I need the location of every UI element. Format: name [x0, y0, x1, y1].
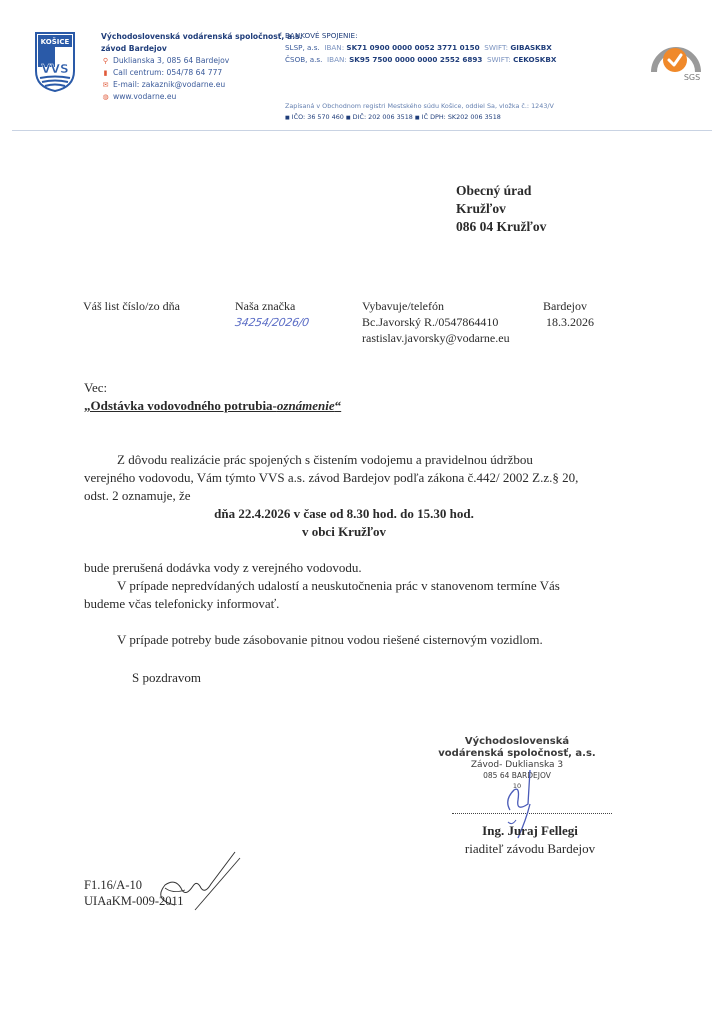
outage-datetime: dňa 22.4.2026 v čase od 8.30 hod. do 15.…: [84, 505, 604, 523]
subject-block: Vec: „Odstávka vodovodného potrubia-ozná…: [84, 379, 341, 415]
svg-text:KOŠICE: KOŠICE: [41, 37, 70, 46]
our-ref-label: Naša značka: [235, 298, 309, 314]
signatory-name: Ing. Juraj Fellegi: [450, 822, 610, 840]
contact-address: ⚲ Duklianska 3, 085 64 Bardejov: [101, 55, 302, 67]
our-ref: Naša značka 34254/2026/0: [235, 298, 309, 331]
company-ids: ■ IČO: 36 570 460 ■ DIČ: 202 006 3518 ■ …: [285, 112, 554, 124]
handled-by-label: Vybavuje/telefón: [362, 298, 510, 314]
company-name: Východoslovenská vodárenská spoločnosť, …: [101, 31, 302, 43]
vvs-kosice-logo: KOŠICE VVS: [34, 31, 76, 93]
header-divider: [12, 130, 712, 131]
registration-info: Zapísaná v Obchodnom registri Mestského …: [285, 101, 554, 124]
registration-text: Zapísaná v Obchodnom registri Mestského …: [285, 101, 554, 112]
closing-greeting: S pozdravom: [84, 669, 652, 687]
contact-phone: ▮ Call centrum: 054/78 64 777: [101, 67, 302, 79]
form-code: UIAaKM-009-2011: [84, 893, 184, 909]
date: 18.3.2026: [543, 314, 594, 330]
our-ref-handwritten: 34254/2026/0: [234, 315, 310, 331]
company-stamp: Východoslovenská vodárenská spoločnosť, …: [432, 736, 602, 791]
recipient-line: Kružľov: [456, 200, 546, 218]
handled-by-value: Bc.Javorský R./0547864410: [362, 314, 510, 330]
phone-icon: ▮: [101, 67, 110, 79]
svg-text:SGS: SGS: [684, 73, 700, 82]
bank-account-csob: ČSOB, a.s. IBAN: SK95 7500 0000 0000 255…: [285, 54, 556, 66]
company-info: Východoslovenská vodárenská spoločnosť, …: [101, 31, 302, 103]
recipient-line: 086 04 Kružľov: [456, 218, 546, 236]
bank-account-slsp: SLSP, a.s. IBAN: SK71 0900 0000 0052 377…: [285, 42, 556, 54]
recipient-address: Obecný úrad Kružľov 086 04 Kružľov: [456, 182, 546, 236]
subject-label: Vec:: [84, 379, 341, 397]
paragraph-water-supply: V prípade potreby bude zásobovanie pitno…: [84, 631, 604, 649]
sgs-certification-logo: SGS: [648, 30, 704, 82]
place-date: Bardejov 18.3.2026: [543, 298, 594, 330]
contact-email[interactable]: ✉ E-mail: zakaznik@vodarne.eu: [101, 79, 302, 91]
handled-by-email[interactable]: rastislav.javorsky@vodarne.eu: [362, 330, 510, 346]
bank-info: BANKOVÉ SPOJENIE: SLSP, a.s. IBAN: SK71 …: [285, 30, 556, 66]
place: Bardejov: [543, 298, 594, 314]
envelope-icon: ✉: [101, 79, 110, 91]
your-letter-ref: Váš list číslo/zo dňa: [83, 298, 180, 314]
paragraph-intro: Z dôvodu realizácie prác spojených s čis…: [84, 451, 604, 505]
recipient-line: Obecný úrad: [456, 182, 546, 200]
contact-web[interactable]: ◍ www.vodarne.eu: [101, 91, 302, 103]
bank-title: BANKOVÉ SPOJENIE:: [285, 30, 556, 42]
outage-location: v obci Kružľov: [84, 523, 604, 541]
handled-by: Vybavuje/telefón Bc.Javorský R./05478644…: [362, 298, 510, 346]
location-pin-icon: ⚲: [101, 55, 110, 67]
form-code: F1.16/A-10: [84, 877, 184, 893]
your-letter-label: Váš list číslo/zo dňa: [83, 298, 180, 314]
subject-title: „Odstávka vodovodného potrubia-oznámenie…: [84, 397, 341, 415]
signature-line: [452, 811, 612, 814]
svg-text:VVS: VVS: [41, 62, 68, 76]
form-codes: F1.16/A-10 UIAaKM-009-2011: [84, 877, 184, 909]
globe-icon: ◍: [101, 91, 110, 103]
signatory: Ing. Juraj Fellegi riaditeľ závodu Barde…: [450, 822, 610, 858]
signatory-title: riaditeľ závodu Bardejov: [450, 840, 610, 858]
paragraph-outage: bude prerušená dodávka vody z verejného …: [84, 559, 604, 613]
company-branch: závod Bardejov: [101, 43, 302, 55]
